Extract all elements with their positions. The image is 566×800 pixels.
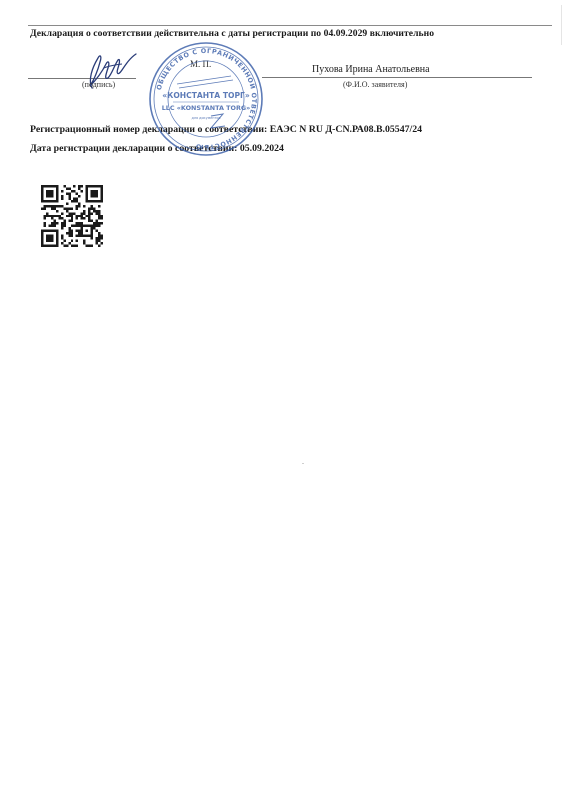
svg-text:«КОНСТАНТА ТОРГ»: «КОНСТАНТА ТОРГ»: [162, 91, 250, 100]
scan-speck: [302, 463, 304, 464]
company-stamp-icon: ОБЩЕСТВО С ОГРАНИЧЕННОЙ ОТВЕТСТВЕННОСТЬЮ…: [147, 40, 265, 158]
top-divider: [28, 25, 552, 26]
registration-number-value: ЕАЭС N RU Д-CN.РА08.В.05547/24: [270, 124, 422, 135]
applicant-name: Пухова Ирина Анатольевна: [312, 64, 430, 75]
svg-text:для документов: для документов: [191, 116, 220, 120]
applicant-line: [262, 77, 532, 78]
qr-code-icon: [40, 185, 104, 247]
svg-text:LLC «KONSTANTA TORG»: LLC «KONSTANTA TORG»: [162, 104, 251, 112]
signature-caption: (подпись): [82, 80, 115, 89]
validity-statement: Декларация о соответствии действительна …: [30, 28, 434, 39]
scan-edge: [561, 5, 562, 45]
declaration-page: Декларация о соответствии действительна …: [0, 0, 566, 800]
applicant-caption: (Ф.И.О. заявителя): [343, 80, 407, 89]
